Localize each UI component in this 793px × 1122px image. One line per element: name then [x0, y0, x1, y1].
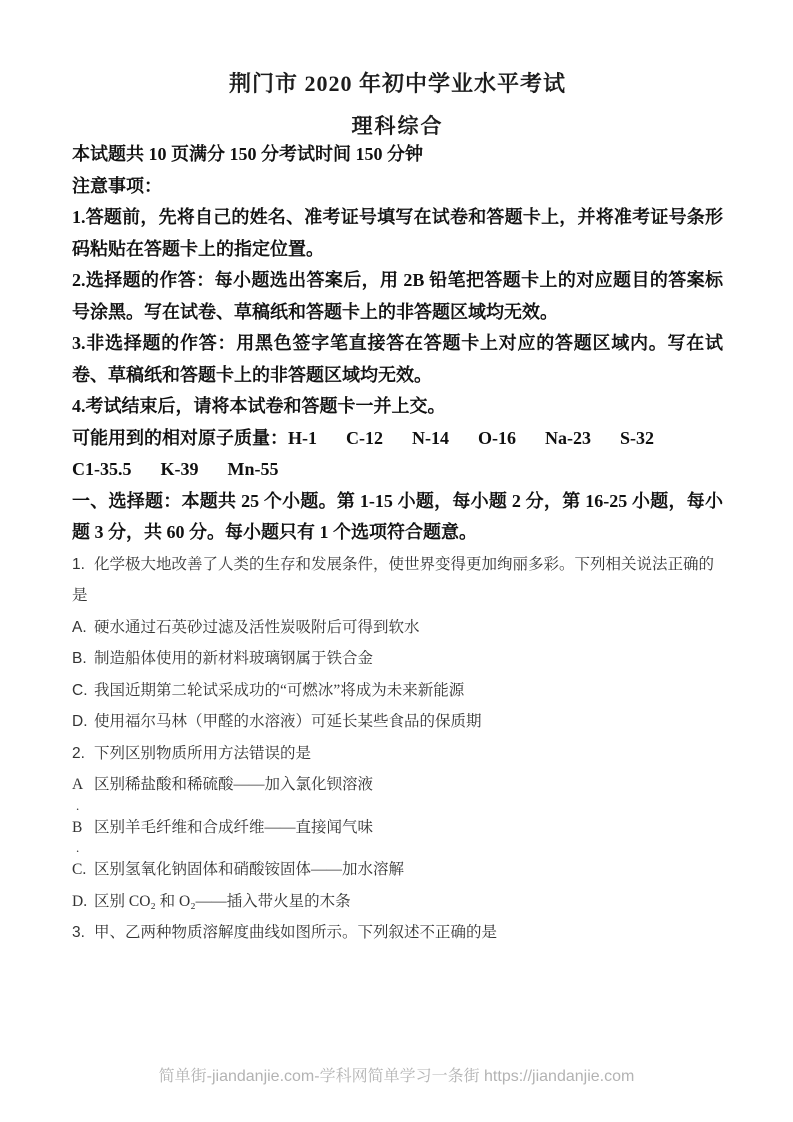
- question-1-option-a: A.硬水通过石英砂过滤及活性炭吸附后可得到软水: [72, 612, 723, 644]
- watermark-footer: 简单街-jiandanjie.com-学科网简单学习一条街 https://ji…: [0, 1066, 793, 1088]
- atomic-mass-o: O-16: [478, 428, 516, 448]
- atomic-masses-row-1: 可能用到的相对原子质量：H-1C-12N-14O-16Na-23S-32: [72, 423, 723, 455]
- question-2-option-b: B区别羊毛纤维和合成纤维——直接闻气味: [72, 812, 723, 844]
- option-letter: D.: [72, 706, 94, 738]
- question-1-number: 1.: [72, 549, 94, 581]
- atomic-mass-c: C-12: [346, 428, 383, 448]
- option-letter: A.: [72, 612, 94, 644]
- atomic-mass-s: S-32: [620, 428, 654, 448]
- atomic-mass-cl: C1-35.5: [72, 459, 132, 479]
- notice-item-3: 3.非选择题的作答：用黑色签字笔直接答在答题卡上对应的答题区域内。写在试卷、草稿…: [72, 328, 723, 391]
- option-letter: A: [72, 769, 94, 801]
- atomic-mass-na: Na-23: [545, 428, 591, 448]
- option-text: 区别氢氧化钠固体和硝酸铵固体——加水溶解: [94, 861, 404, 878]
- question-3-text: 甲、乙两种物质溶解度曲线如图所示。下列叙述不正确的是: [94, 924, 497, 941]
- question-1-text: 化学极大地改善了人类的生存和发展条件，使世界变得更加绚丽多彩。下列相关说法正确的…: [72, 556, 714, 605]
- stray-period-mark: .: [72, 801, 723, 812]
- exam-meta-line: 本试题共 10 页满分 150 分考试时间 150 分钟: [72, 139, 723, 171]
- exam-paper-page: 荆门市 2020 年初中学业水平考试 理科综合 本试题共 10 页满分 150 …: [0, 0, 793, 949]
- option-text: 硬水通过石英砂过滤及活性炭吸附后可得到软水: [94, 619, 420, 636]
- question-2-option-d: D.区别 CO₂ 和 O₂——插入带火星的木条: [72, 886, 723, 918]
- question-2-number: 2.: [72, 738, 94, 770]
- stray-period-mark: .: [72, 843, 723, 854]
- question-2-option-c: C.区别氢氧化钠固体和硝酸铵固体——加水溶解: [72, 854, 723, 886]
- question-2-stem: 2.下列区别物质所用方法错误的是: [72, 738, 723, 770]
- atomic-mass-k: K-39: [161, 459, 199, 479]
- option-letter: D.: [72, 886, 94, 918]
- notice-item-1: 1.答题前，先将自己的姓名、准考证号填写在试卷和答题卡上，并将准考证号条形码粘贴…: [72, 202, 723, 265]
- notices-heading: 注意事项：: [72, 171, 723, 203]
- option-text: 区别羊毛纤维和合成纤维——直接闻气味: [94, 819, 373, 836]
- option-letter: B: [72, 812, 94, 844]
- option-text: 区别 CO₂ 和 O₂——插入带火星的木条: [94, 893, 351, 910]
- atomic-mass-h: H-1: [288, 428, 317, 448]
- question-1-option-b: B.制造船体使用的新材料玻璃钢属于铁合金: [72, 643, 723, 675]
- option-text: 我国近期第二轮试采成功的“可燃冰”将成为未来新能源: [94, 682, 464, 699]
- question-2-option-a: A区别稀盐酸和稀硫酸——加入氯化钡溶液: [72, 769, 723, 801]
- question-1-option-c: C.我国近期第二轮试采成功的“可燃冰”将成为未来新能源: [72, 675, 723, 707]
- option-text: 区别稀盐酸和稀硫酸——加入氯化钡溶液: [94, 776, 373, 793]
- notice-item-2: 2.选择题的作答：每小题选出答案后，用 2B 铅笔把答题卡上的对应题目的答案标号…: [72, 265, 723, 328]
- question-1-stem: 1.化学极大地改善了人类的生存和发展条件，使世界变得更加绚丽多彩。下列相关说法正…: [72, 549, 723, 612]
- atomic-masses-label: 可能用到的相对原子质量：: [72, 428, 288, 448]
- option-text: 使用福尔马林（甲醛的水溶液）可延长某些食品的保质期: [94, 713, 482, 730]
- atomic-mass-mn: Mn-55: [228, 459, 279, 479]
- page-title: 荆门市 2020 年初中学业水平考试: [72, 70, 723, 98]
- option-letter: C.: [72, 854, 94, 886]
- question-3-number: 3.: [72, 917, 94, 949]
- option-letter: B.: [72, 643, 94, 675]
- question-1-option-d: D.使用福尔马林（甲醛的水溶液）可延长某些食品的保质期: [72, 706, 723, 738]
- atomic-mass-n: N-14: [412, 428, 449, 448]
- question-3-stem: 3.甲、乙两种物质溶解度曲线如图所示。下列叙述不正确的是: [72, 917, 723, 949]
- atomic-masses-row-2: C1-35.5K-39Mn-55: [72, 454, 723, 486]
- option-letter: C.: [72, 675, 94, 707]
- notice-item-4: 4.考试结束后，请将本试卷和答题卡一并上交。: [72, 391, 723, 423]
- section-one-header: 一、选择题：本题共 25 个小题。第 1-15 小题，每小题 2 分，第 16-…: [72, 486, 723, 549]
- option-text: 制造船体使用的新材料玻璃钢属于铁合金: [94, 650, 373, 667]
- question-2-text: 下列区别物质所用方法错误的是: [94, 745, 311, 762]
- page-subtitle: 理科综合: [72, 113, 723, 139]
